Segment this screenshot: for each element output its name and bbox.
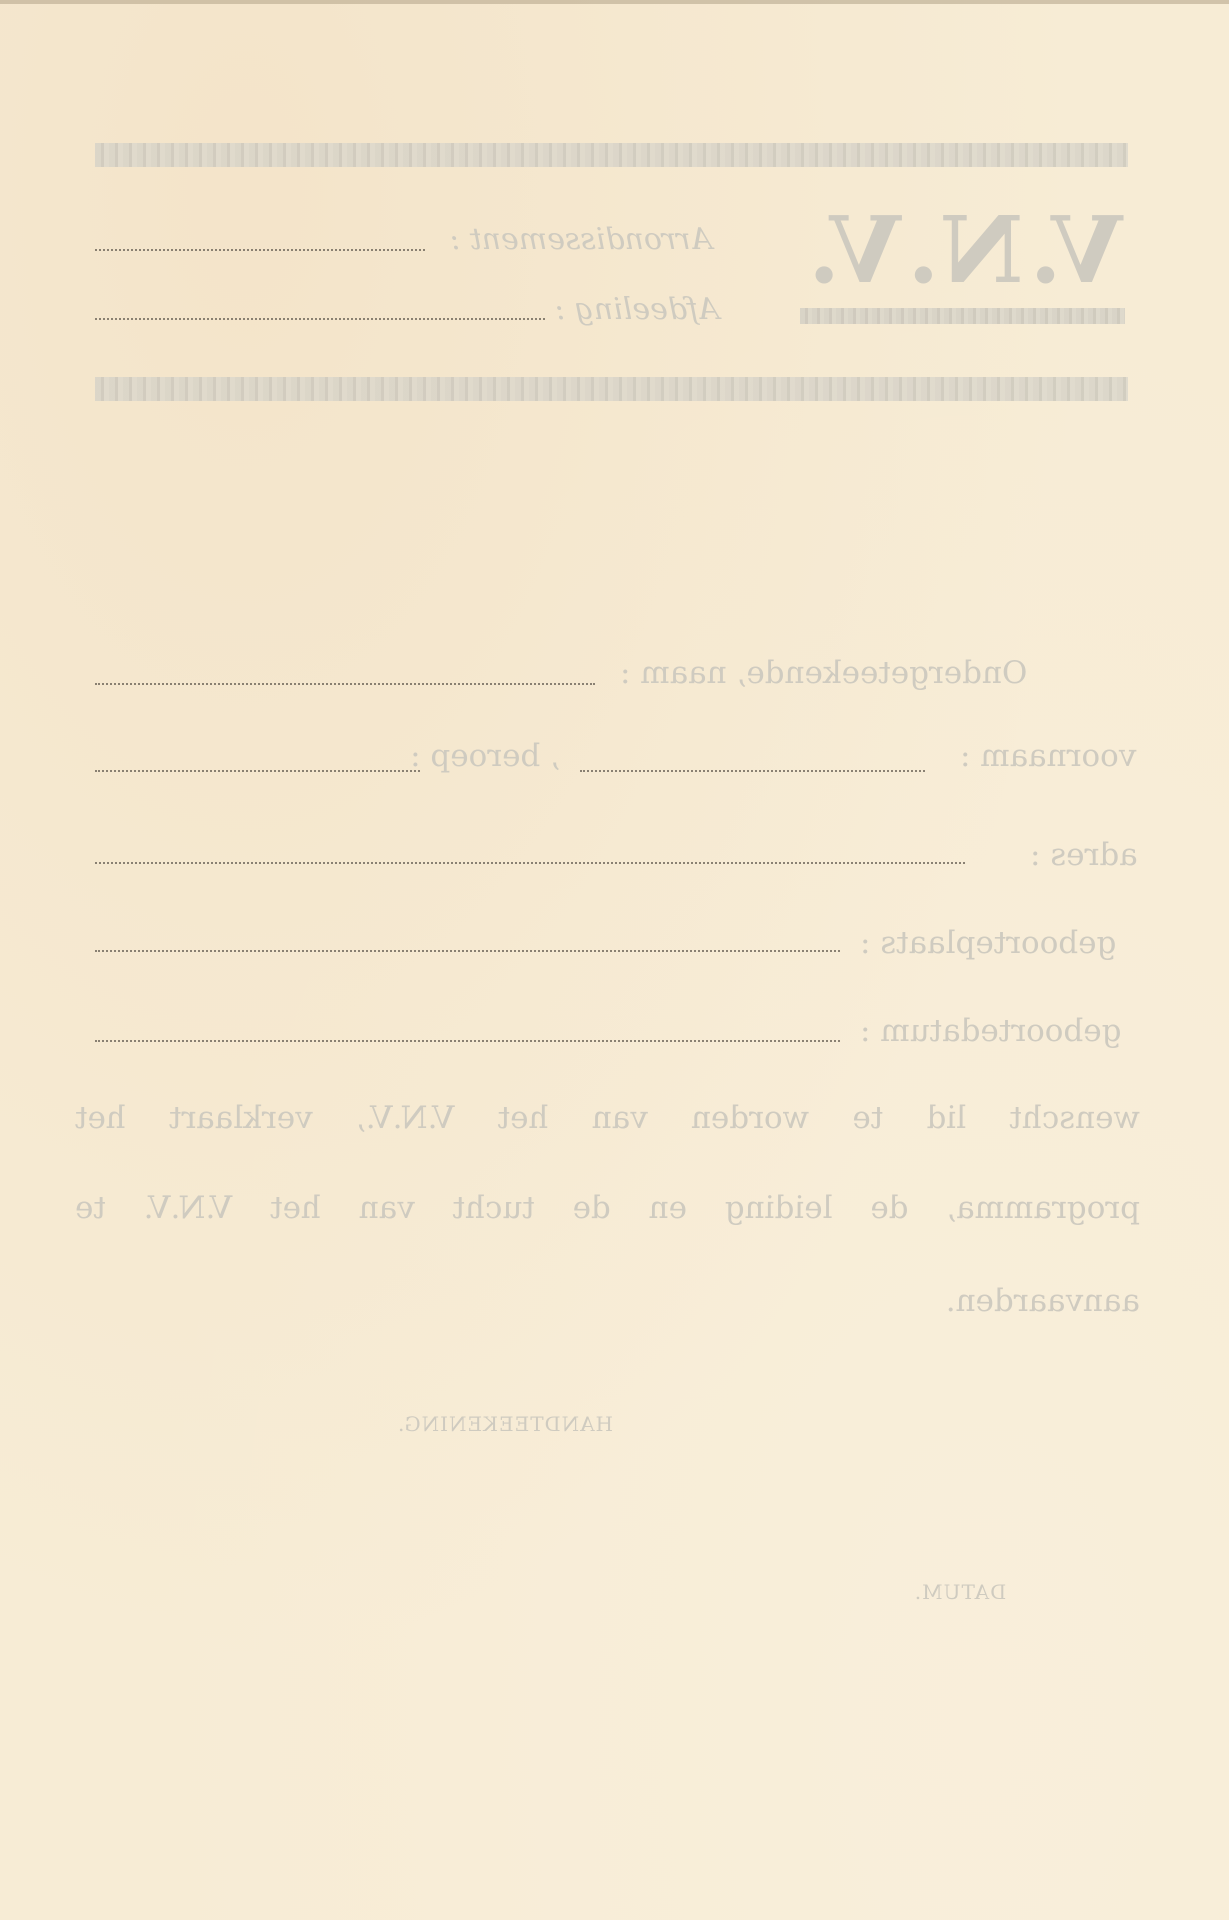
logo-underline-rule — [800, 308, 1125, 324]
paper-top-edge — [0, 0, 1229, 4]
arrondissement-label: Arrondissement : — [450, 222, 780, 257]
voornaam-field[interactable] — [580, 770, 925, 772]
declaration-line-2: programma, de leiding en de tucht van he… — [75, 1190, 1140, 1226]
geboorteplaats-field[interactable] — [95, 950, 840, 952]
adres-label: adres : — [1030, 837, 1140, 873]
adres-field[interactable] — [95, 862, 965, 864]
beroep-label: , beroep : — [420, 738, 560, 774]
signature-label: HANDTEEKENING. — [380, 1412, 630, 1436]
afdeeling-label: Afdeeling : — [555, 292, 780, 327]
header-bottom-rule — [95, 377, 1128, 401]
beroep-field[interactable] — [95, 770, 420, 772]
geboorteplaats-label: geboorteplaats : — [860, 925, 1140, 961]
naam-field[interactable] — [95, 683, 595, 685]
arrondissement-field[interactable] — [95, 249, 425, 251]
declaration-line-1: wenscht lid te worden van het V.N.V., ve… — [75, 1100, 1140, 1136]
geboortedatum-label: geboortedatum : — [860, 1013, 1140, 1049]
naam-label: Ondergeteekende, naam : — [620, 655, 1140, 691]
afdeeling-field[interactable] — [95, 318, 545, 320]
vnv-logo: V.N.V. — [800, 200, 1125, 300]
date-label: DATUM. — [900, 1580, 1020, 1604]
geboortedatum-field[interactable] — [95, 1040, 840, 1042]
header-top-rule — [95, 143, 1128, 167]
voornaam-label: voornaam : — [960, 738, 1140, 774]
declaration-line-3: aanvaarden. — [960, 1283, 1140, 1319]
